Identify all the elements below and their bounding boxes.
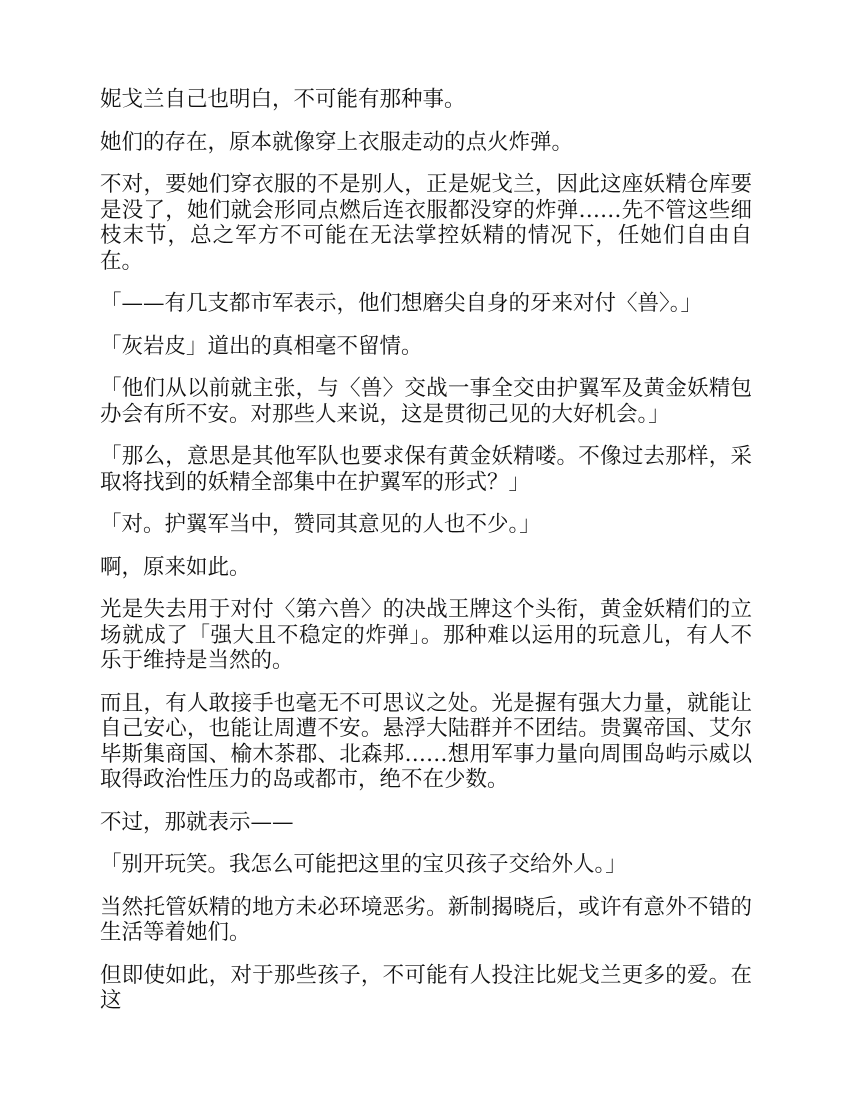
paragraph: 当然托管妖精的地方未必环境恶劣。新制揭晓后，或许有意外不错的生活等着她们。 <box>100 895 752 946</box>
paragraph: 啊，原来如此。 <box>100 555 752 581</box>
paragraph: 不对，要她们穿衣服的不是别人，正是妮戈兰，因此这座妖精仓库要是没了，她们就会形同… <box>100 172 752 274</box>
document-page: 妮戈兰自己也明白，不可能有那种事。 她们的存在，原本就像穿上衣服走动的点火炸弹。… <box>100 87 752 1031</box>
paragraph: 妮戈兰自己也明白，不可能有那种事。 <box>100 87 752 113</box>
paragraph: 「他们从以前就主张，与〈兽〉交战一事全交由护翼军及黄金妖精包办会有所不安。对那些… <box>100 376 752 427</box>
paragraph: 她们的存在，原本就像穿上衣服走动的点火炸弹。 <box>100 130 752 156</box>
paragraph: 「——有几支都市军表示，他们想磨尖自身的牙来对付〈兽〉。」 <box>100 291 752 317</box>
paragraph: 但即使如此，对于那些孩子，不可能有人投注比妮戈兰更多的爱。在这 <box>100 963 752 1014</box>
paragraph: 光是失去用于对付〈第六兽〉的决战王牌这个头衔，黄金妖精们的立场就成了「强大且不稳… <box>100 597 752 674</box>
paragraph: 「对。护翼军当中，赞同其意见的人也不少。」 <box>100 512 752 538</box>
paragraph: 而且，有人敢接手也毫无不可思议之处。光是握有强大力量，就能让自己安心，也能让周遭… <box>100 691 752 793</box>
paragraph: 「别开玩笑。我怎么可能把这里的宝贝孩子交给外人。」 <box>100 852 752 878</box>
paragraph: 不过，那就表示—— <box>100 810 752 836</box>
paragraph: 「那么，意思是其他军队也要求保有黄金妖精喽。不像过去那样，采取将找到的妖精全部集… <box>100 444 752 495</box>
paragraph: 「灰岩皮」道出的真相毫不留情。 <box>100 334 752 360</box>
